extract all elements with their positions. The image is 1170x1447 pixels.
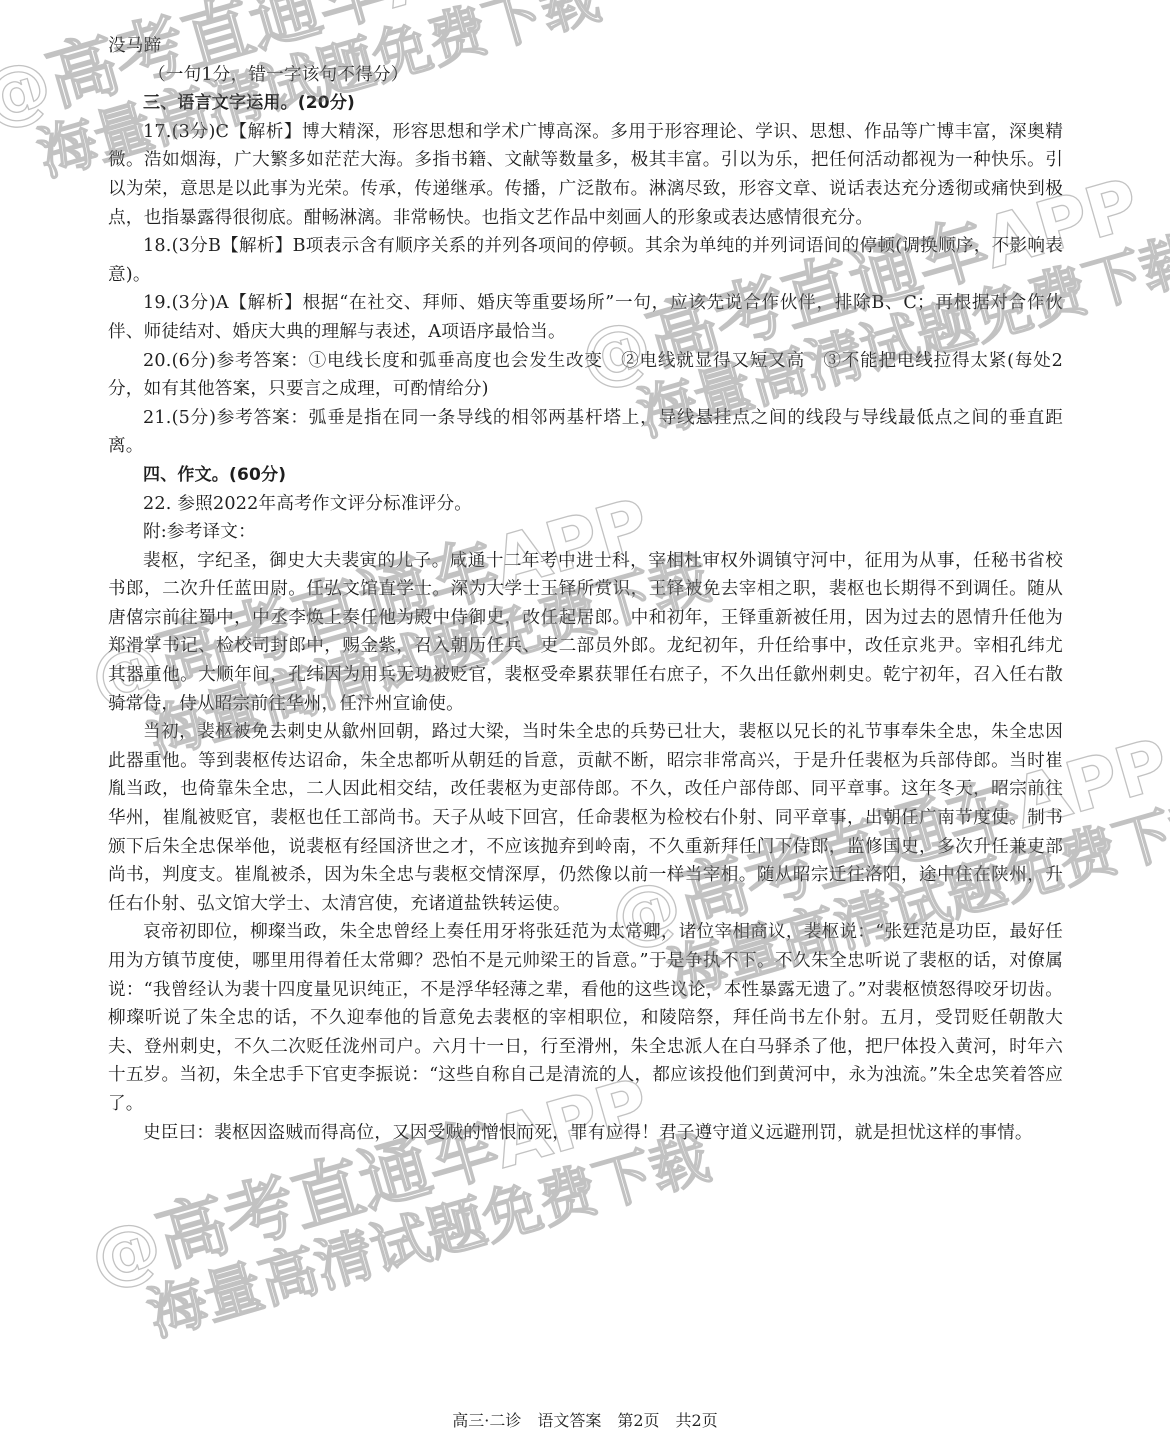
answer-q18: 18.(3分B【解析】B项表示含有顺序关系的并列各项间的停顿。其余为单纯的并列词… [108,232,1063,289]
watermark-line: 海量高清试题免费下载 [102,1126,716,1358]
answer-content: 没马蹄 （一句1分，错一字该句不得分） 三、语言文字运用。(20分) 17.(3… [108,32,1063,1147]
translation-paragraph-4: 史臣曰：裴枢因盗贼而得高位，又因受贼的憎恨而死，罪有应得！君子遵守道义远避刑罚，… [108,1119,1063,1148]
poem-fragment: 没马蹄 [108,32,1063,61]
section-heading-4: 四、作文。(60分) [108,461,1063,490]
scoring-note: （一句1分，错一字该句不得分） [108,61,1063,90]
answer-q22: 22. 参照2022年高考作文评分标准评分。 [108,490,1063,519]
answer-q20: 20.(6分)参考答案：①电线长度和弧垂高度也会发生改变 ②电线就显得又短又高 … [108,347,1063,404]
answer-q17: 17.(3分)C【解析】博大精深，形容思想和学术广博高深。多用于形容理论、学识、… [108,118,1063,232]
section-heading-3: 三、语言文字运用。(20分) [108,89,1063,118]
answer-q21: 21.(5分)参考答案：弧垂是指在同一条导线的相邻两基杆塔上，导线悬挂点之间的线… [108,404,1063,461]
page-footer: 高三·二诊 语文答案 第2页 共2页 [0,1408,1170,1431]
translation-paragraph-2: 当初，裴枢被免去刺史从歙州回朝，路过大梁，当时朱全忠的兵势已壮大，裴枢以兄长的礼… [108,718,1063,918]
translation-paragraph-3: 哀帝初即位，柳璨当政，朱全忠曾经上奏任用牙将张廷范为太常卿，诸位宰相商议，裴枢说… [108,918,1063,1118]
translation-paragraph-1: 裴枢，字纪圣，御史大夫裴寅的儿子。咸通十二年考中进士科，宰相杜审权外调镇守河中，… [108,547,1063,719]
answer-q19: 19.(3分)A【解析】根据“在社交、拜师、婚庆等重要场所”一句，应该先说合作伙… [108,289,1063,346]
appendix-label: 附:参考译文： [108,518,1063,547]
document-page: 没马蹄 （一句1分，错一字该句不得分） 三、语言文字运用。(20分) 17.(3… [0,0,1170,1447]
